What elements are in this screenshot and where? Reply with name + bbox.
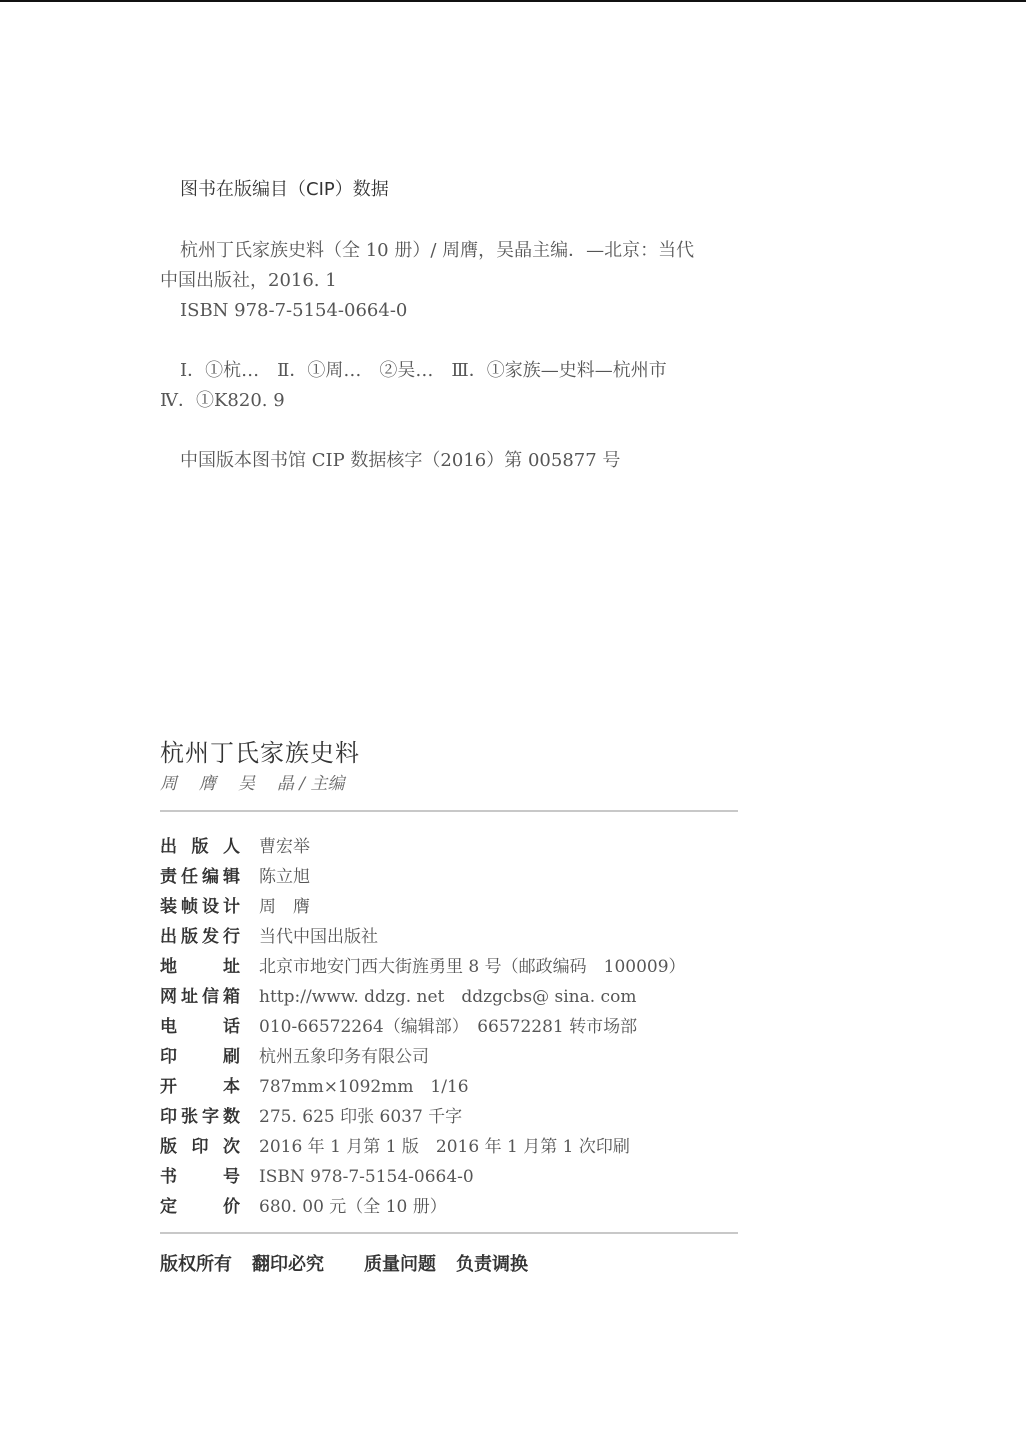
label-char: 印 (160, 1102, 177, 1132)
info-row-binding-design: 装帧设计 周 膺 (160, 892, 738, 922)
cip-description-line: 中国出版社，2016. 1 (160, 266, 740, 296)
label-char: 出 (160, 922, 177, 952)
label-char: 本 (223, 1072, 240, 1102)
publication-info-table: 出版人 曹宏举 责任编辑 陈立旭 装帧设计 周 膺 出版发行 当代中国出版社 地… (160, 832, 738, 1222)
label-char: 版 (192, 832, 209, 862)
info-label: 印张字数 (160, 1102, 240, 1132)
info-row-phone: 电话 010-66572264（编辑部） 66572281 转市场部 (160, 1012, 738, 1042)
colophon-block: 杭州丁氏家族史料 周膺吴晶 / 主编 出版人 曹宏举 责任编辑 陈立旭 装帧设计… (160, 736, 738, 1280)
page-top-border (0, 0, 1026, 2)
info-value: 787mm×1092mm 1/16 (259, 1072, 469, 1102)
rights-text: 翻印必究 (252, 1250, 324, 1280)
cip-approval-number: 中国版本图书馆 CIP 数据核字（2016）第 005877 号 (160, 446, 740, 476)
label-char: 定 (160, 1192, 177, 1222)
info-row-website-email: 网址信箱 http://www. ddzg. net ddzgcbs@ sina… (160, 982, 738, 1012)
cip-approval-line: 中国版本图书馆 CIP 数据核字（2016）第 005877 号 (160, 446, 740, 476)
label-char: 帧 (181, 892, 198, 922)
info-row-printer: 印刷 杭州五象印务有限公司 (160, 1042, 738, 1072)
label-char: 号 (223, 1162, 240, 1192)
label-char: 电 (160, 1012, 177, 1042)
editor-name-char: 晶 (277, 774, 294, 794)
rights-text: 负责调换 (456, 1250, 528, 1280)
label-char: 版 (181, 922, 198, 952)
info-label: 书号 (160, 1162, 240, 1192)
info-row-editor-in-charge: 责任编辑 陈立旭 (160, 862, 738, 892)
label-char: 址 (181, 982, 198, 1012)
info-value: 曹宏举 (259, 832, 310, 862)
info-label: 电话 (160, 1012, 240, 1042)
cip-classification: Ⅰ．①杭… Ⅱ．①周… ②吴… Ⅲ．①家族—史料—杭州市 Ⅳ．①K820. 9 (160, 356, 740, 416)
info-row-isbn: 书号 ISBN 978-7-5154-0664-0 (160, 1162, 738, 1192)
info-value: 2016 年 1 月第 1 版 2016 年 1 月第 1 次印刷 (259, 1132, 630, 1162)
rights-text: 版权所有 (160, 1250, 232, 1280)
label-char: 印 (192, 1132, 209, 1162)
label-char: 辑 (223, 862, 240, 892)
info-label: 开本 (160, 1072, 240, 1102)
colophon-divider-bottom (160, 1232, 738, 1234)
colophon-divider-top (160, 810, 738, 812)
info-value: 杭州五象印务有限公司 (259, 1042, 429, 1072)
book-title: 杭州丁氏家族史料 (160, 736, 738, 770)
cip-heading: 图书在版编目（CIP）数据 (180, 176, 740, 204)
cip-isbn-line: ISBN 978-7-5154-0664-0 (160, 296, 740, 326)
info-value: 北京市地安门西大街旌勇里 8 号（邮政编码 100009） (259, 952, 686, 982)
info-label: 出版人 (160, 832, 240, 862)
label-char: 设 (202, 892, 219, 922)
info-label: 印刷 (160, 1042, 240, 1072)
info-label: 地址 (160, 952, 240, 982)
cip-description-line: 杭州丁氏家族史料（全 10 册）/ 周膺，吴晶主编．—北京：当代 (160, 236, 740, 266)
label-char: 装 (160, 892, 177, 922)
label-char: 发 (202, 922, 219, 952)
label-char: 人 (223, 832, 240, 862)
label-char: 数 (223, 1102, 240, 1132)
label-char: 网 (160, 982, 177, 1012)
label-char: 责 (160, 862, 177, 892)
cip-data-block: 图书在版编目（CIP）数据 杭州丁氏家族史料（全 10 册）/ 周膺，吴晶主编．… (160, 176, 740, 476)
label-char: 话 (223, 1012, 240, 1042)
info-value: 周 膺 (259, 892, 310, 922)
label-char: 字 (202, 1102, 219, 1132)
info-label: 网址信箱 (160, 982, 240, 1012)
info-label: 版印次 (160, 1132, 240, 1162)
label-char: 书 (160, 1162, 177, 1192)
label-char: 开 (160, 1072, 177, 1102)
info-label: 装帧设计 (160, 892, 240, 922)
book-editors: 周膺吴晶 / 主编 (160, 770, 738, 798)
editor-role: / 主编 (299, 774, 344, 794)
info-row-sheets-wordcount: 印张字数 275. 625 印张 6037 千字 (160, 1102, 738, 1132)
info-row-format: 开本 787mm×1092mm 1/16 (160, 1072, 738, 1102)
info-row-distribution: 出版发行 当代中国出版社 (160, 922, 738, 952)
label-char: 箱 (223, 982, 240, 1012)
info-label: 定价 (160, 1192, 240, 1222)
cip-classification-line: Ⅰ．①杭… Ⅱ．①周… ②吴… Ⅲ．①家族—史料—杭州市 (160, 356, 740, 386)
label-char: 出 (160, 832, 177, 862)
info-value: 当代中国出版社 (259, 922, 378, 952)
label-char: 编 (202, 862, 219, 892)
label-char: 印 (160, 1042, 177, 1072)
label-char: 版 (160, 1132, 177, 1162)
info-value: 275. 625 印张 6037 千字 (259, 1102, 462, 1132)
label-char: 次 (223, 1132, 240, 1162)
rights-statement: 版权所有翻印必究质量问题负责调换 (160, 1250, 738, 1280)
label-char: 行 (223, 922, 240, 952)
info-label: 责任编辑 (160, 862, 240, 892)
info-label: 出版发行 (160, 922, 240, 952)
info-row-edition: 版印次 2016 年 1 月第 1 版 2016 年 1 月第 1 次印刷 (160, 1132, 738, 1162)
info-value: ISBN 978-7-5154-0664-0 (259, 1162, 474, 1192)
rights-text: 质量问题 (364, 1250, 436, 1280)
cip-description: 杭州丁氏家族史料（全 10 册）/ 周膺，吴晶主编．—北京：当代 中国出版社，2… (160, 236, 740, 326)
label-char: 张 (181, 1102, 198, 1132)
info-row-address: 地址 北京市地安门西大街旌勇里 8 号（邮政编码 100009） (160, 952, 738, 982)
label-char: 计 (223, 892, 240, 922)
info-value: 680. 00 元（全 10 册） (259, 1192, 447, 1222)
label-char: 刷 (223, 1042, 240, 1072)
label-char: 任 (181, 862, 198, 892)
editor-name-char: 膺 (199, 774, 216, 794)
cip-classification-line: Ⅳ．①K820. 9 (160, 386, 740, 416)
info-value: 010-66572264（编辑部） 66572281 转市场部 (259, 1012, 637, 1042)
label-char: 价 (223, 1192, 240, 1222)
editor-name-char: 吴 (238, 774, 255, 794)
info-row-publisher: 出版人 曹宏举 (160, 832, 738, 862)
editor-name-char: 周 (160, 774, 177, 794)
info-value: http://www. ddzg. net ddzgcbs@ sina. com (259, 982, 636, 1012)
label-char: 址 (223, 952, 240, 982)
info-value: 陈立旭 (259, 862, 310, 892)
info-row-price: 定价 680. 00 元（全 10 册） (160, 1192, 738, 1222)
label-char: 地 (160, 952, 177, 982)
label-char: 信 (202, 982, 219, 1012)
